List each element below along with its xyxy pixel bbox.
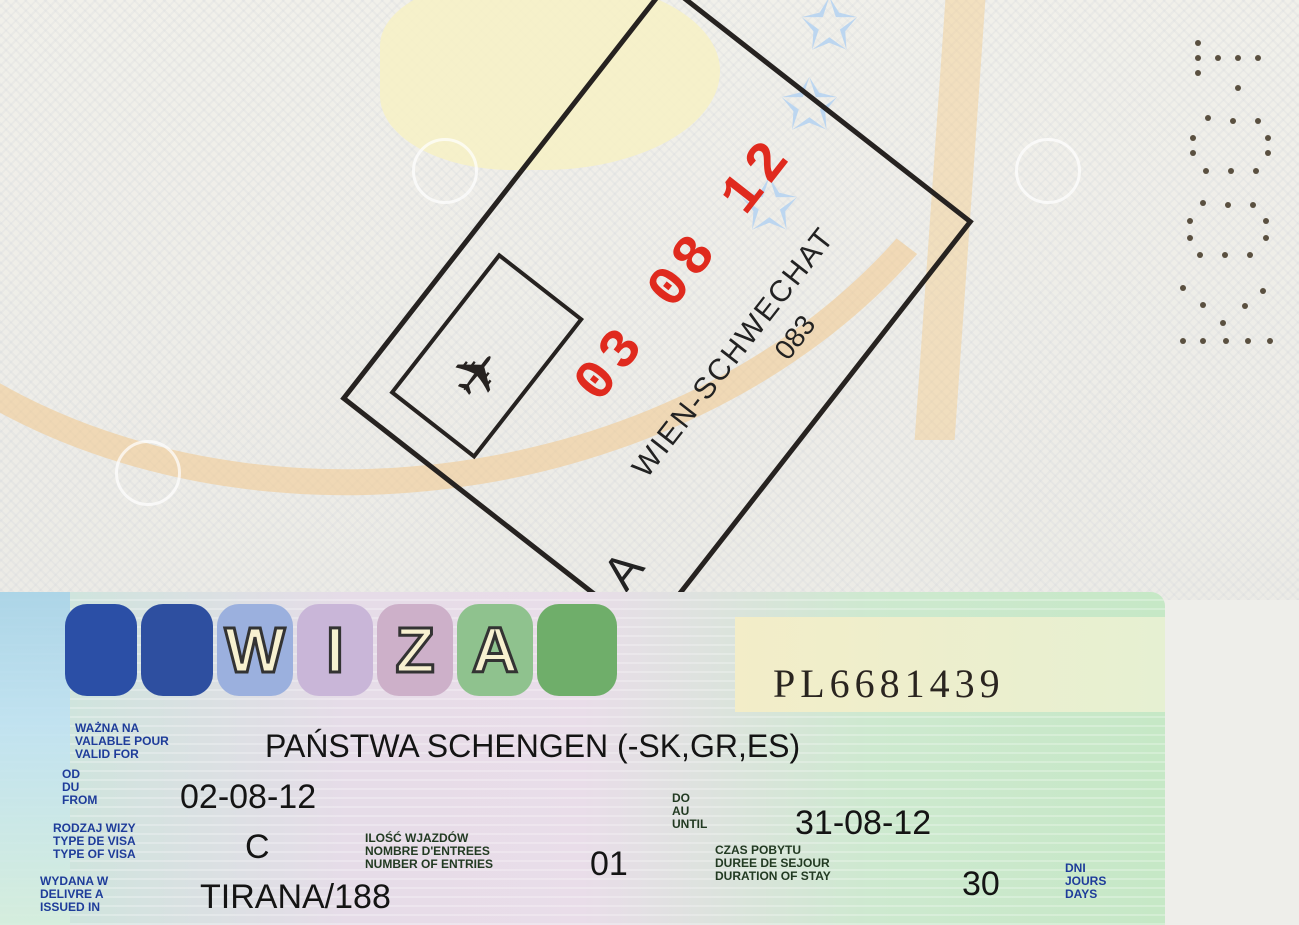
perforated-number <box>1175 0 1295 400</box>
perforation-dot <box>1267 338 1273 344</box>
perforation-dot <box>1235 85 1241 91</box>
duration-label: CZAS POBYTUDUREE DE SEJOURDURATION OF ST… <box>715 844 831 883</box>
perforation-dot <box>1200 302 1206 308</box>
from-label: ODDUFROM <box>62 768 97 807</box>
perforation-dot <box>1230 118 1236 124</box>
perforation-dot <box>1263 218 1269 224</box>
perforation-dot <box>1255 118 1261 124</box>
title-block <box>141 604 213 696</box>
perforation-dot <box>1247 252 1253 258</box>
visa-serial-number: PL6681439 <box>773 660 1005 707</box>
title-letter: I <box>297 604 373 696</box>
perforation-dot <box>1190 150 1196 156</box>
perforation-dot <box>1253 168 1259 174</box>
passport-page-upper: ✩ ✩ ✩ ✈ A 03 08 12 WIEN-SCHWECHAT 083 <box>0 0 1299 600</box>
perforation-dot <box>1228 168 1234 174</box>
perforation-dot <box>1260 288 1266 294</box>
perforation-dot <box>1255 55 1261 61</box>
stamp-date: 03 08 12 <box>562 125 808 414</box>
entries-value: 01 <box>590 845 628 884</box>
perforation-dot <box>1215 55 1221 61</box>
perforation-dot <box>1245 338 1251 344</box>
issued-in-value: TIRANA/188 <box>200 878 391 917</box>
title-block <box>537 604 617 696</box>
title-letter: A <box>457 604 533 696</box>
perforation-dot <box>1180 285 1186 291</box>
perforation-dot <box>1265 135 1271 141</box>
perforation-dot <box>1225 202 1231 208</box>
watermark-icon <box>1015 138 1081 204</box>
until-label: DOAUUNTIL <box>672 792 707 831</box>
entries-label: ILOŚĆ WJAZDÓWNOMBRE D'ENTREESNUMBER OF E… <box>365 832 493 871</box>
perforation-dot <box>1195 40 1201 46</box>
title-letter: W <box>217 604 293 696</box>
valid-for-value: PAŃSTWA SCHENGEN (-SK,GR,ES) <box>265 728 800 765</box>
airplane-icon: ✈ <box>435 333 521 416</box>
perforation-dot <box>1205 115 1211 121</box>
perforation-dot <box>1220 320 1226 326</box>
from-value: 02-08-12 <box>180 778 316 817</box>
perforation-dot <box>1235 55 1241 61</box>
title-letter: Z <box>377 604 453 696</box>
perforation-dot <box>1180 338 1186 344</box>
perforation-dot <box>1242 303 1248 309</box>
valid-for-label: WAŻNA NAVALABLE POURVALID FOR <box>75 722 169 761</box>
type-value: C <box>245 828 270 867</box>
perforation-dot <box>1195 55 1201 61</box>
perforation-dot <box>1200 338 1206 344</box>
perforation-dot <box>1203 168 1209 174</box>
perforation-dot <box>1250 202 1256 208</box>
watermark-icon <box>115 440 181 506</box>
type-label: RODZAJ WIZYTYPE DE VISATYPE OF VISA <box>53 822 136 861</box>
perforation-dot <box>1223 338 1229 344</box>
star-icon: ✩ <box>800 0 859 60</box>
duration-unit: DNIJOURSDAYS <box>1065 862 1106 901</box>
perforation-dot <box>1200 200 1206 206</box>
issued-in-label: WYDANA WDELIVRE AISSUED IN <box>40 875 108 914</box>
perforation-dot <box>1190 135 1196 141</box>
perforation-dot <box>1195 70 1201 76</box>
perforation-dot <box>1263 235 1269 241</box>
watermark-icon <box>412 138 478 204</box>
perforation-dot <box>1197 252 1203 258</box>
perforation-dot <box>1187 235 1193 241</box>
until-value: 31-08-12 <box>795 804 931 843</box>
visa-title: W I Z A <box>65 604 735 704</box>
title-block <box>65 604 137 696</box>
perforation-dot <box>1222 252 1228 258</box>
duration-value: 30 <box>962 865 1000 904</box>
perforation-dot <box>1265 150 1271 156</box>
perforation-dot <box>1187 218 1193 224</box>
